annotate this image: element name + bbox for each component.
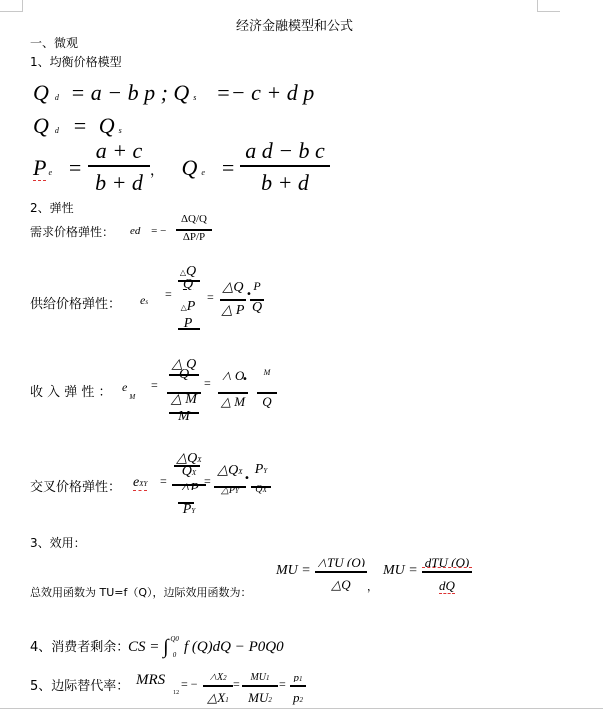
- supply-compound-fraction: △△QQ Q △P△P P: [175, 264, 201, 332]
- marginal-utility-lhs-2: MU =: [383, 563, 418, 579]
- cross-compound-fraction: △QX QX △P PY: [172, 450, 206, 518]
- income-elasticity-symbol: eM: [122, 380, 135, 395]
- equals-sign: =: [233, 677, 240, 692]
- income-fraction-2: M Q: [257, 368, 277, 410]
- income-compound-fraction: △ Q Q △ M M: [167, 356, 201, 425]
- equation-equilibrium: Qd = Qs: [33, 113, 122, 139]
- multiply-dot: •: [244, 473, 250, 484]
- cross-elasticity-label: 交叉价格弹性：: [30, 476, 121, 495]
- supply-elasticity-symbol: es: [140, 293, 148, 308]
- equals-sign: =: [207, 290, 214, 305]
- section-heading-micro: 一、微观: [30, 34, 78, 51]
- utility-description: 总效用函数为 TU=f（Q），边际效用函数为：: [30, 584, 252, 600]
- equilibrium-quantity-symbol: ， Qe =: [150, 155, 235, 181]
- mrs-fraction-3: p1 p2: [290, 672, 306, 706]
- equals-sign: =: [279, 677, 286, 692]
- marginal-utility-lhs-1: MU =: [276, 563, 311, 579]
- cross-fraction-2: PY QX: [251, 462, 271, 494]
- crop-mark-top-left: [0, 0, 23, 12]
- page-bottom-edge: [0, 708, 603, 709]
- heading-mrs: 5、边际替代率：: [30, 675, 129, 694]
- equilibrium-price-symbol: Pe =: [33, 155, 82, 181]
- equals-sign: =: [204, 474, 211, 489]
- supply-fraction-2: P Q: [250, 279, 264, 316]
- comma: ，: [367, 578, 378, 594]
- heading-utility: 3、效用：: [30, 534, 86, 551]
- income-elasticity-label: 收 入 弹 性 ：: [30, 381, 112, 400]
- equation-supply-demand: Qd = a − b p ; Qs =− c + d p: [33, 80, 314, 106]
- mrs-fraction-1: △X2 △X1: [203, 672, 233, 706]
- heading-equilibrium-model: 1、均衡价格模型: [30, 53, 122, 70]
- marginal-utility-fraction-1: △TU (Q) △Q: [315, 555, 367, 593]
- cross-elasticity-symbol: eXY: [133, 475, 147, 491]
- document-title: 经济金融模型和公式: [236, 15, 353, 34]
- heading-elasticity: 2、弹性: [30, 199, 74, 216]
- fraction-price: a + c b + d: [88, 138, 150, 196]
- demand-elasticity-symbol: ed = −: [130, 225, 166, 237]
- marginal-utility-fraction-2: dTU (Q) dQ: [422, 555, 472, 594]
- supply-elasticity-label: 供给价格弹性：: [30, 293, 121, 312]
- supply-fraction-1: △Q △ P: [220, 279, 246, 319]
- demand-elasticity-fraction: ΔQ/Q ΔP/P: [176, 213, 212, 243]
- fraction-quantity: a d − b c b + d: [240, 138, 330, 196]
- demand-elasticity-label: 需求价格弹性：: [30, 223, 114, 240]
- equals-minus: = −: [181, 677, 198, 692]
- equals-sign: =: [151, 378, 158, 393]
- mrs-fraction-2: MU1 MU2: [242, 672, 278, 706]
- consumer-surplus-formula: CS = ∫ Q0 0 f (Q)dQ − P0Q0: [128, 634, 284, 657]
- mrs-symbol: MRS12: [136, 672, 179, 689]
- cross-fraction-1: △QX △PY: [214, 462, 246, 495]
- equals-sign: =: [165, 287, 172, 302]
- crop-mark-top-right: [537, 0, 560, 12]
- heading-consumer-surplus: 4、消费者剩余：: [30, 636, 129, 655]
- equals-sign: =: [160, 474, 167, 489]
- equals-sign: =: [204, 376, 211, 391]
- multiply-dot: •: [242, 374, 248, 385]
